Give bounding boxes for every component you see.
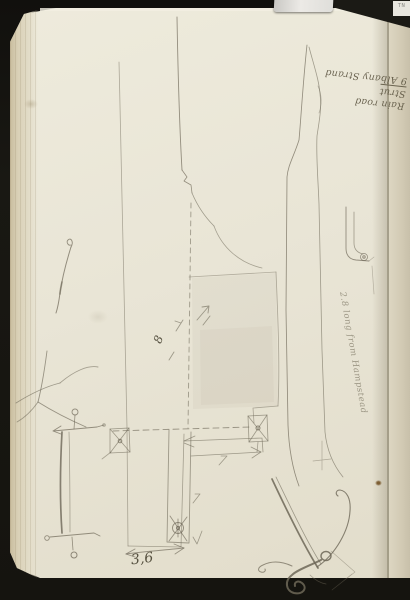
cross-arm bbox=[184, 436, 263, 503]
right-profile-study bbox=[286, 45, 343, 486]
fixing-detail-right bbox=[248, 415, 268, 452]
scan-stage: TN Rain road Strut 9 Albany Strand 2.8 l… bbox=[0, 0, 410, 600]
panel-shading bbox=[192, 273, 278, 409]
hilt-study bbox=[259, 441, 355, 593]
crossing-lines-sketch bbox=[16, 351, 98, 427]
scroll-curl bbox=[56, 239, 72, 313]
tang-and-bolt bbox=[128, 430, 202, 547]
width-measurement-label: 3,6 bbox=[130, 549, 154, 570]
grip-study bbox=[45, 409, 106, 558]
hook-detail bbox=[346, 207, 374, 294]
fixing-detail-left bbox=[102, 428, 130, 459]
